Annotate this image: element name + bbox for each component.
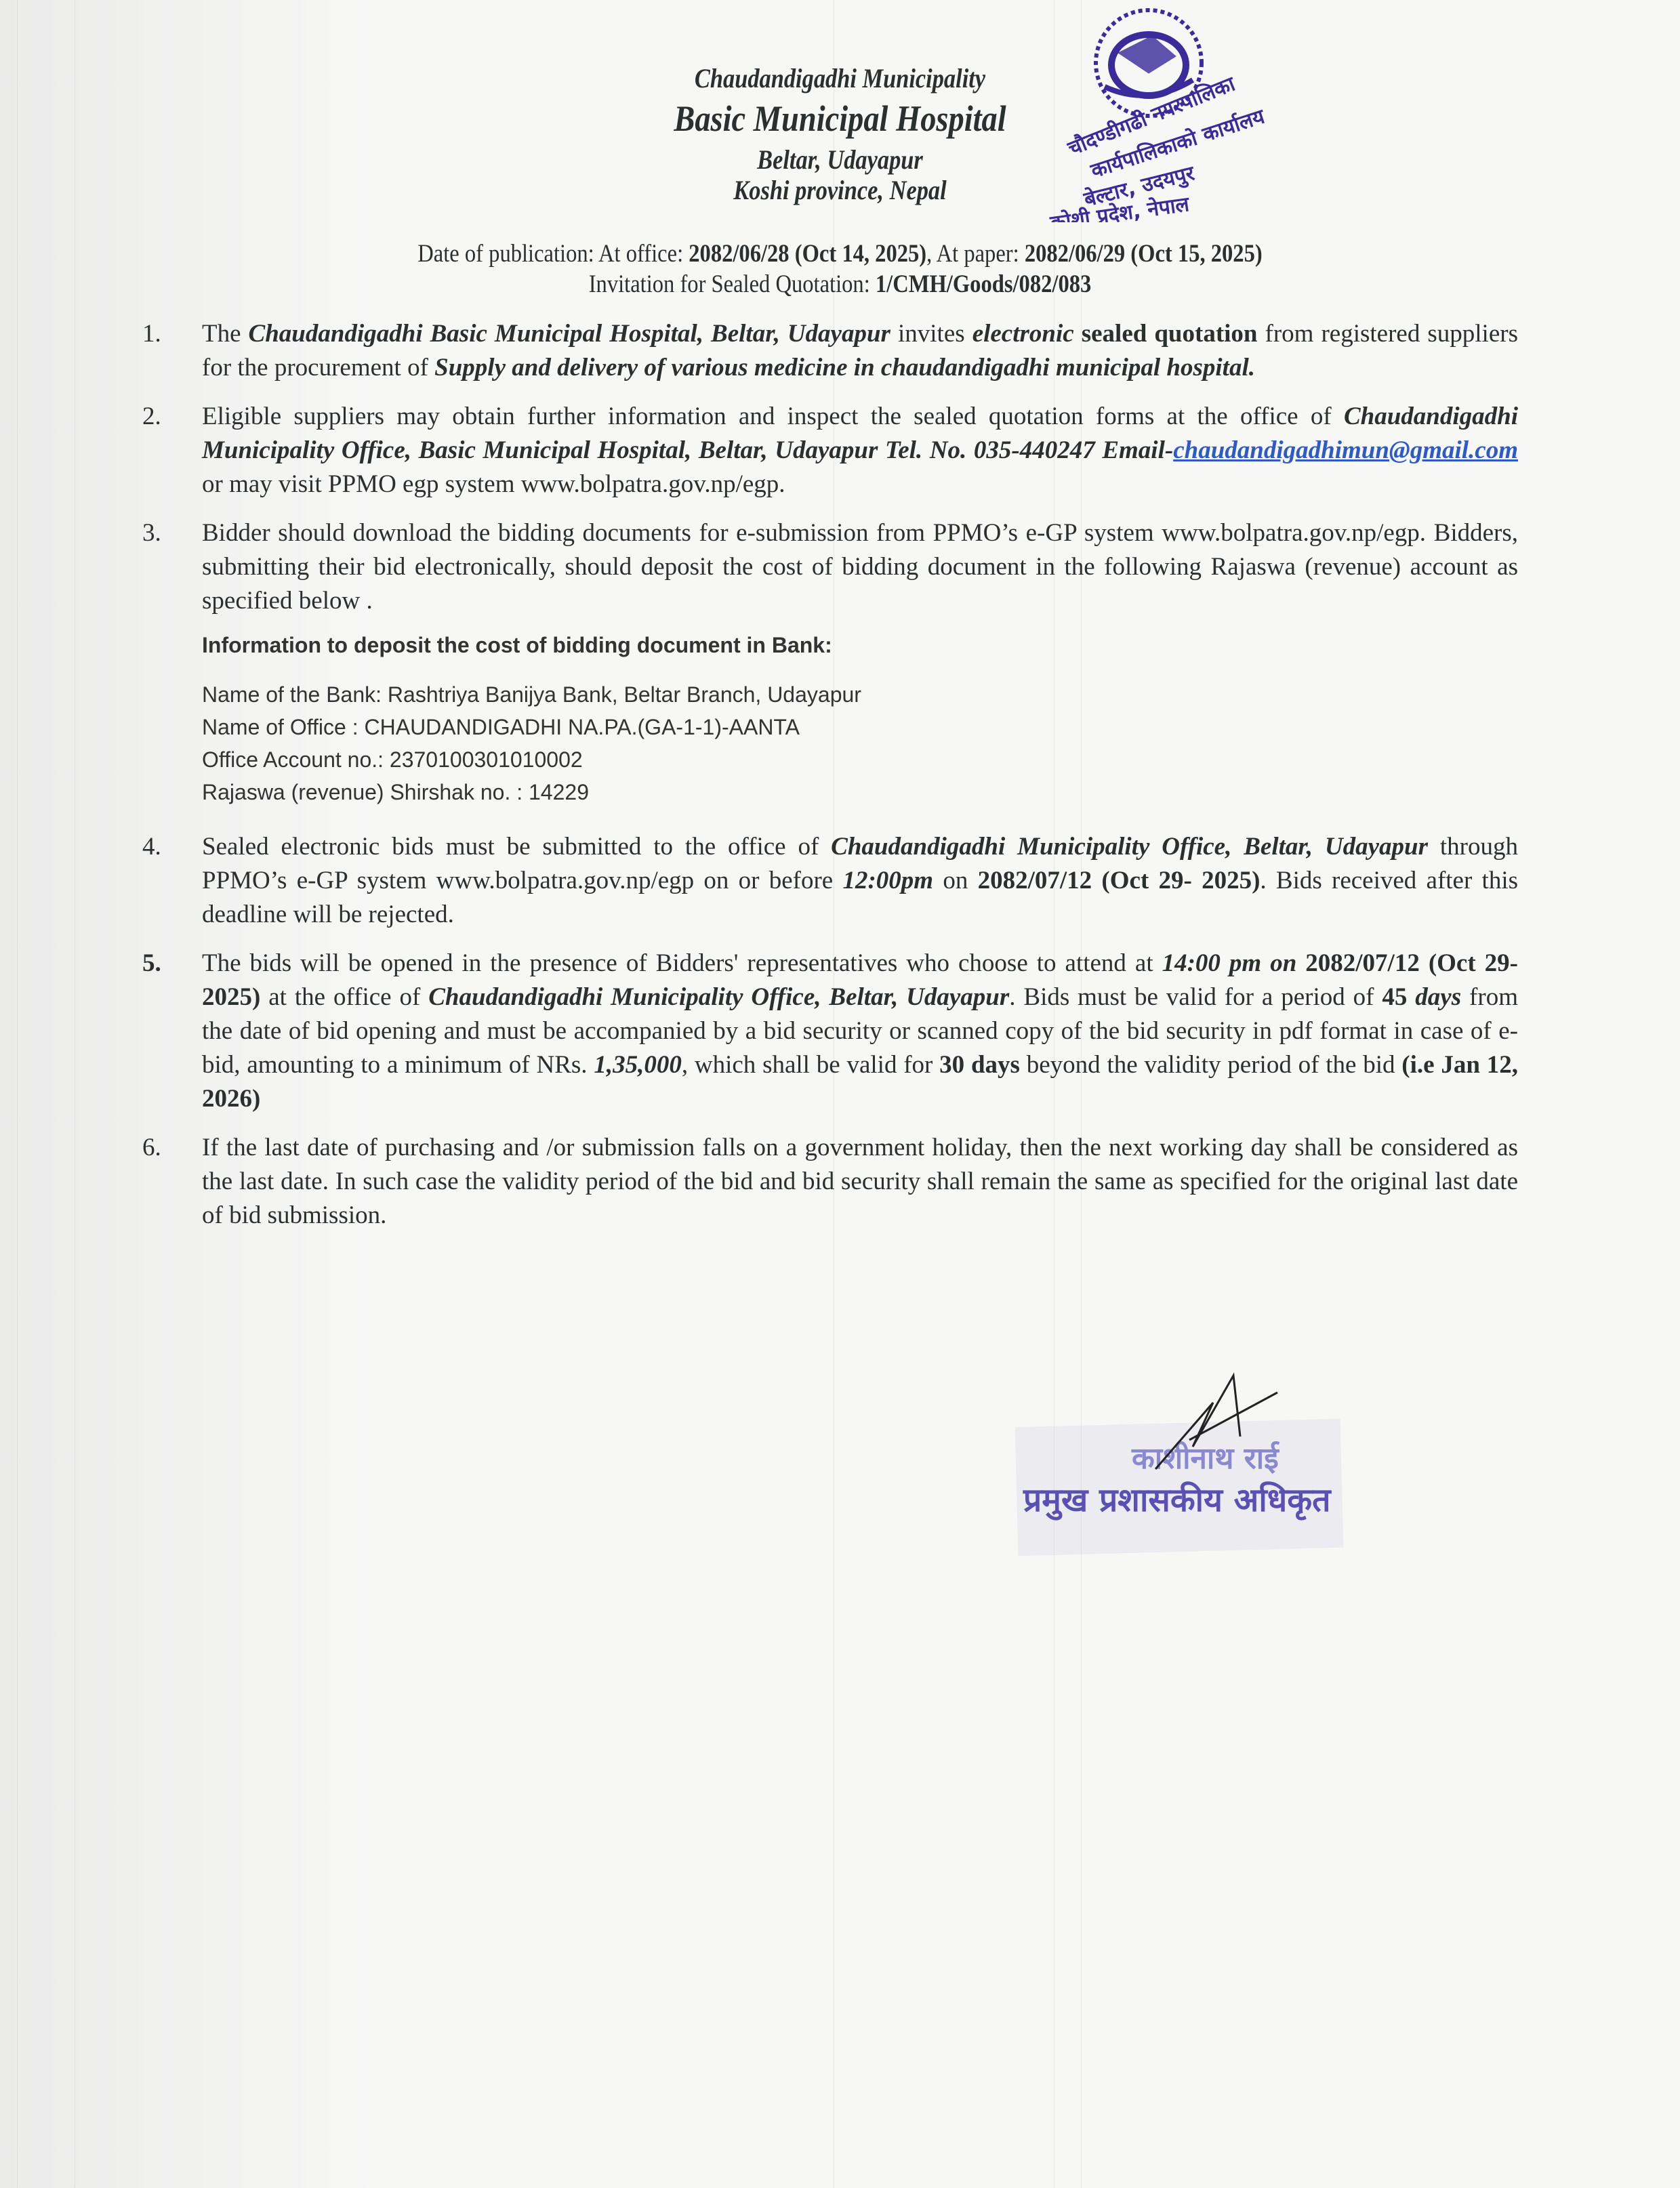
bank-info-row: Name of the Bank: Rashtriya Banijya Bank… xyxy=(202,678,1518,711)
emphasis-text: Chaudandigadhi Basic Municipal Hospital,… xyxy=(249,320,890,348)
body-text: The bids will be opened in the presence … xyxy=(202,949,1162,977)
body-text: at the office of xyxy=(260,983,428,1011)
body-text: Sealed electronic bids must be submitted… xyxy=(202,833,831,861)
item-text: Eligible suppliers may obtain further in… xyxy=(202,400,1518,501)
notice-item: 5.The bids will be opened in the presenc… xyxy=(142,947,1518,1116)
item-text: Bidder should download the bidding docum… xyxy=(202,516,1518,618)
notice-item: 1.The Chaudandigadhi Basic Municipal Hos… xyxy=(142,317,1518,385)
emphasis-text: days xyxy=(1407,983,1461,1011)
bank-info-row: Office Account no.: 2370100301010002 xyxy=(202,743,1518,776)
item-number: 5. xyxy=(142,947,161,981)
body-text: , which shall be valid for xyxy=(682,1051,939,1079)
body-text: on xyxy=(933,867,978,894)
scan-artifact-line xyxy=(17,0,18,2188)
bank-info: Information to deposit the cost of biddi… xyxy=(202,633,1518,808)
item-number: 1. xyxy=(142,317,161,351)
item-text: Sealed electronic bids must be submitted… xyxy=(202,830,1518,932)
notice-item: 4.Sealed electronic bids must be submitt… xyxy=(142,830,1518,932)
publication-info: Date of publication: At office: 2082/06/… xyxy=(0,239,1680,300)
item-number: 3. xyxy=(142,516,161,550)
body-text: beyond the validity period of the bid xyxy=(1020,1051,1401,1079)
body-text: Eligible suppliers may obtain further in… xyxy=(202,402,1344,430)
scan-artifact-line xyxy=(75,0,75,2188)
bank-info-title: Information to deposit the cost of biddi… xyxy=(202,633,1518,658)
bank-info-row: Rajaswa (revenue) Shirshak no. : 14229 xyxy=(202,776,1518,808)
email-link[interactable]: chaudandigadhimun@gmail.com xyxy=(1173,436,1518,464)
body-text: The xyxy=(202,320,249,348)
signature-block: काशीनाथ राई प्रमुख प्रशासकीय अधिकृत xyxy=(1010,1355,1362,1559)
hospital-name: Basic Municipal Hospital xyxy=(118,98,1563,140)
bold-text: 2082/07/12 (Oct 29- 2025) xyxy=(978,867,1261,894)
address: Beltar, Udayapur xyxy=(118,144,1563,176)
body-text xyxy=(1296,949,1305,977)
publication-dates: Date of publication: At office: 2082/06/… xyxy=(101,239,1580,269)
bold-text: sealed quotation xyxy=(1074,320,1258,348)
bold-text: 30 days xyxy=(939,1051,1020,1079)
emphasis-text: 12:00pm xyxy=(842,867,933,894)
emphasis-text: Chaudandigadhi Municipality Office, Belt… xyxy=(428,983,1009,1011)
emphasis-text: Chaudandigadhi Municipality Office, Belt… xyxy=(831,833,1428,861)
bold-text: 45 xyxy=(1382,983,1407,1011)
item-number: 4. xyxy=(142,830,161,864)
notice-item: 6.If the last date of purchasing and /or… xyxy=(142,1131,1518,1233)
quotation-number: 1/CMH/Goods/082/083 xyxy=(876,270,1091,298)
emphasis-text: 14:00 pm on xyxy=(1162,949,1297,977)
bank-info-row: Name of Office : CHAUDANDIGADHI NA.PA.(G… xyxy=(202,711,1518,743)
item-text: If the last date of purchasing and /or s… xyxy=(202,1131,1518,1233)
notice-item: 2.Eligible suppliers may obtain further … xyxy=(142,400,1518,501)
municipality-seal-icon: चौदण्डीगढी नगरपालिका कार्यपालिकाको कार्य… xyxy=(1023,5,1288,222)
emphasis-text: Supply and delivery of various medicine … xyxy=(434,354,1255,381)
body-text: . Bids must be valid for a period of xyxy=(1009,983,1382,1011)
quotation-invitation: Invitation for Sealed Quotation: 1/CMH/G… xyxy=(101,269,1580,300)
item-number: 2. xyxy=(142,400,161,434)
municipality-name: Chaudandigadhi Municipality xyxy=(118,62,1563,94)
paper-date: 2082/06/29 (Oct 15, 2025) xyxy=(1025,240,1263,268)
item-text: The bids will be opened in the presence … xyxy=(202,947,1518,1116)
body-text: If the last date of purchasing and /or s… xyxy=(202,1134,1518,1229)
province: Koshi province, Nepal xyxy=(118,174,1563,206)
emphasis-text: 1,35,000 xyxy=(594,1051,682,1079)
notice-items: 1.The Chaudandigadhi Basic Municipal Hos… xyxy=(142,317,1518,1247)
notice-item: 3.Bidder should download the bidding doc… xyxy=(142,516,1518,618)
item-text: The Chaudandigadhi Basic Municipal Hospi… xyxy=(202,317,1518,385)
signature-icon xyxy=(1010,1355,1362,1559)
body-text: or may visit PPMO egp system www.bolpatr… xyxy=(202,470,785,498)
emphasis-text: electronic xyxy=(972,320,1074,348)
body-text: invites xyxy=(890,320,972,348)
item-number: 6. xyxy=(142,1131,161,1165)
body-text: Bidder should download the bidding docum… xyxy=(202,519,1518,615)
office-date: 2082/06/28 (Oct 14, 2025) xyxy=(689,240,926,268)
